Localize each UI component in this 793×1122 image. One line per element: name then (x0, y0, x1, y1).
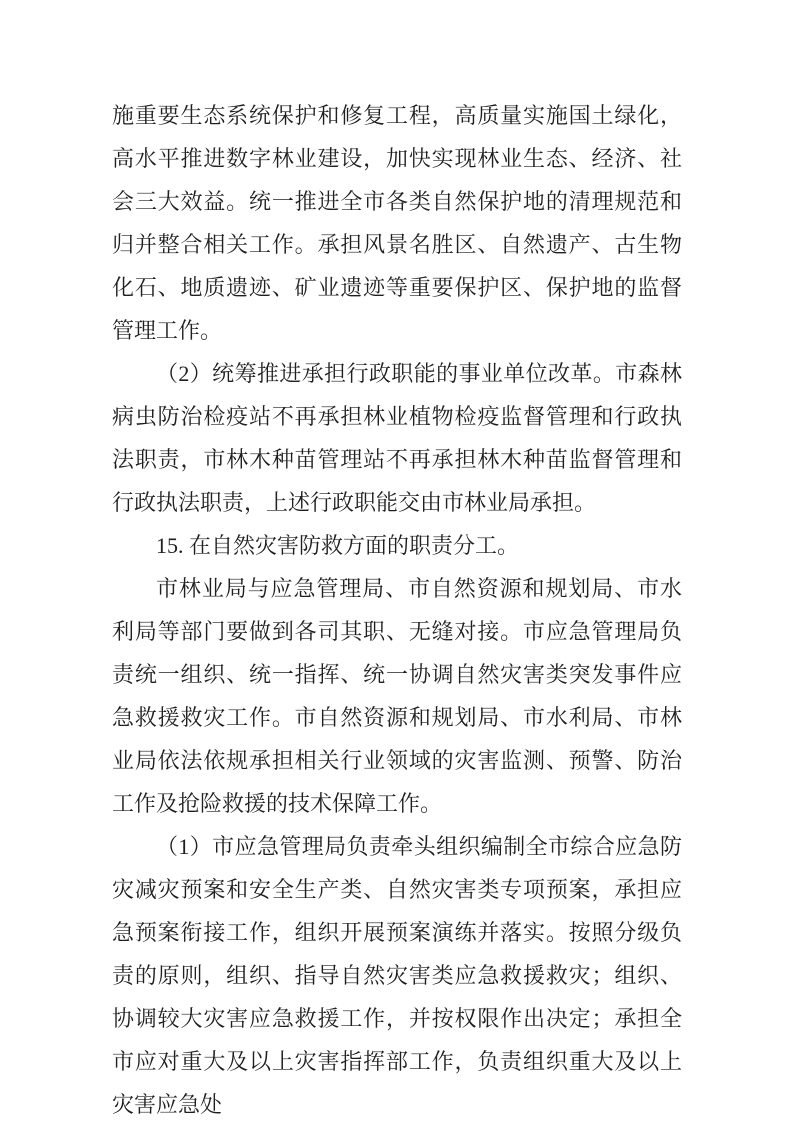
paragraph-item-1-emergency-bureau-duties: （1）市应急管理局负责牵头组织编制全市综合应急防灾减灾预案和安全生产类、自然灾害… (112, 825, 682, 1122)
paragraph-item-2-institution-reform: （2）统筹推进承担行政职能的事业单位改革。市森林病虫防治检疫站不再承担林业植物检… (112, 352, 682, 524)
document-page: 施重要生态系统保护和修复工程，高质量实施国土绿化，高水平推进数字林业建设，加快实… (0, 0, 793, 1122)
paragraph-department-coordination: 市林业局与应急管理局、市自然资源和规划局、市水利局等部门要做到各司其职、无缝对接… (112, 567, 682, 825)
document-body-text: 施重要生态系统保护和修复工程，高质量实施国土绿化，高水平推进数字林业建设，加快实… (112, 94, 682, 1122)
paragraph-ecology-protection-continued: 施重要生态系统保护和修复工程，高质量实施国土绿化，高水平推进数字林业建设，加快实… (112, 94, 682, 352)
paragraph-heading-15-disaster-duties: 15. 在自然灾害防救方面的职责分工。 (112, 524, 682, 567)
